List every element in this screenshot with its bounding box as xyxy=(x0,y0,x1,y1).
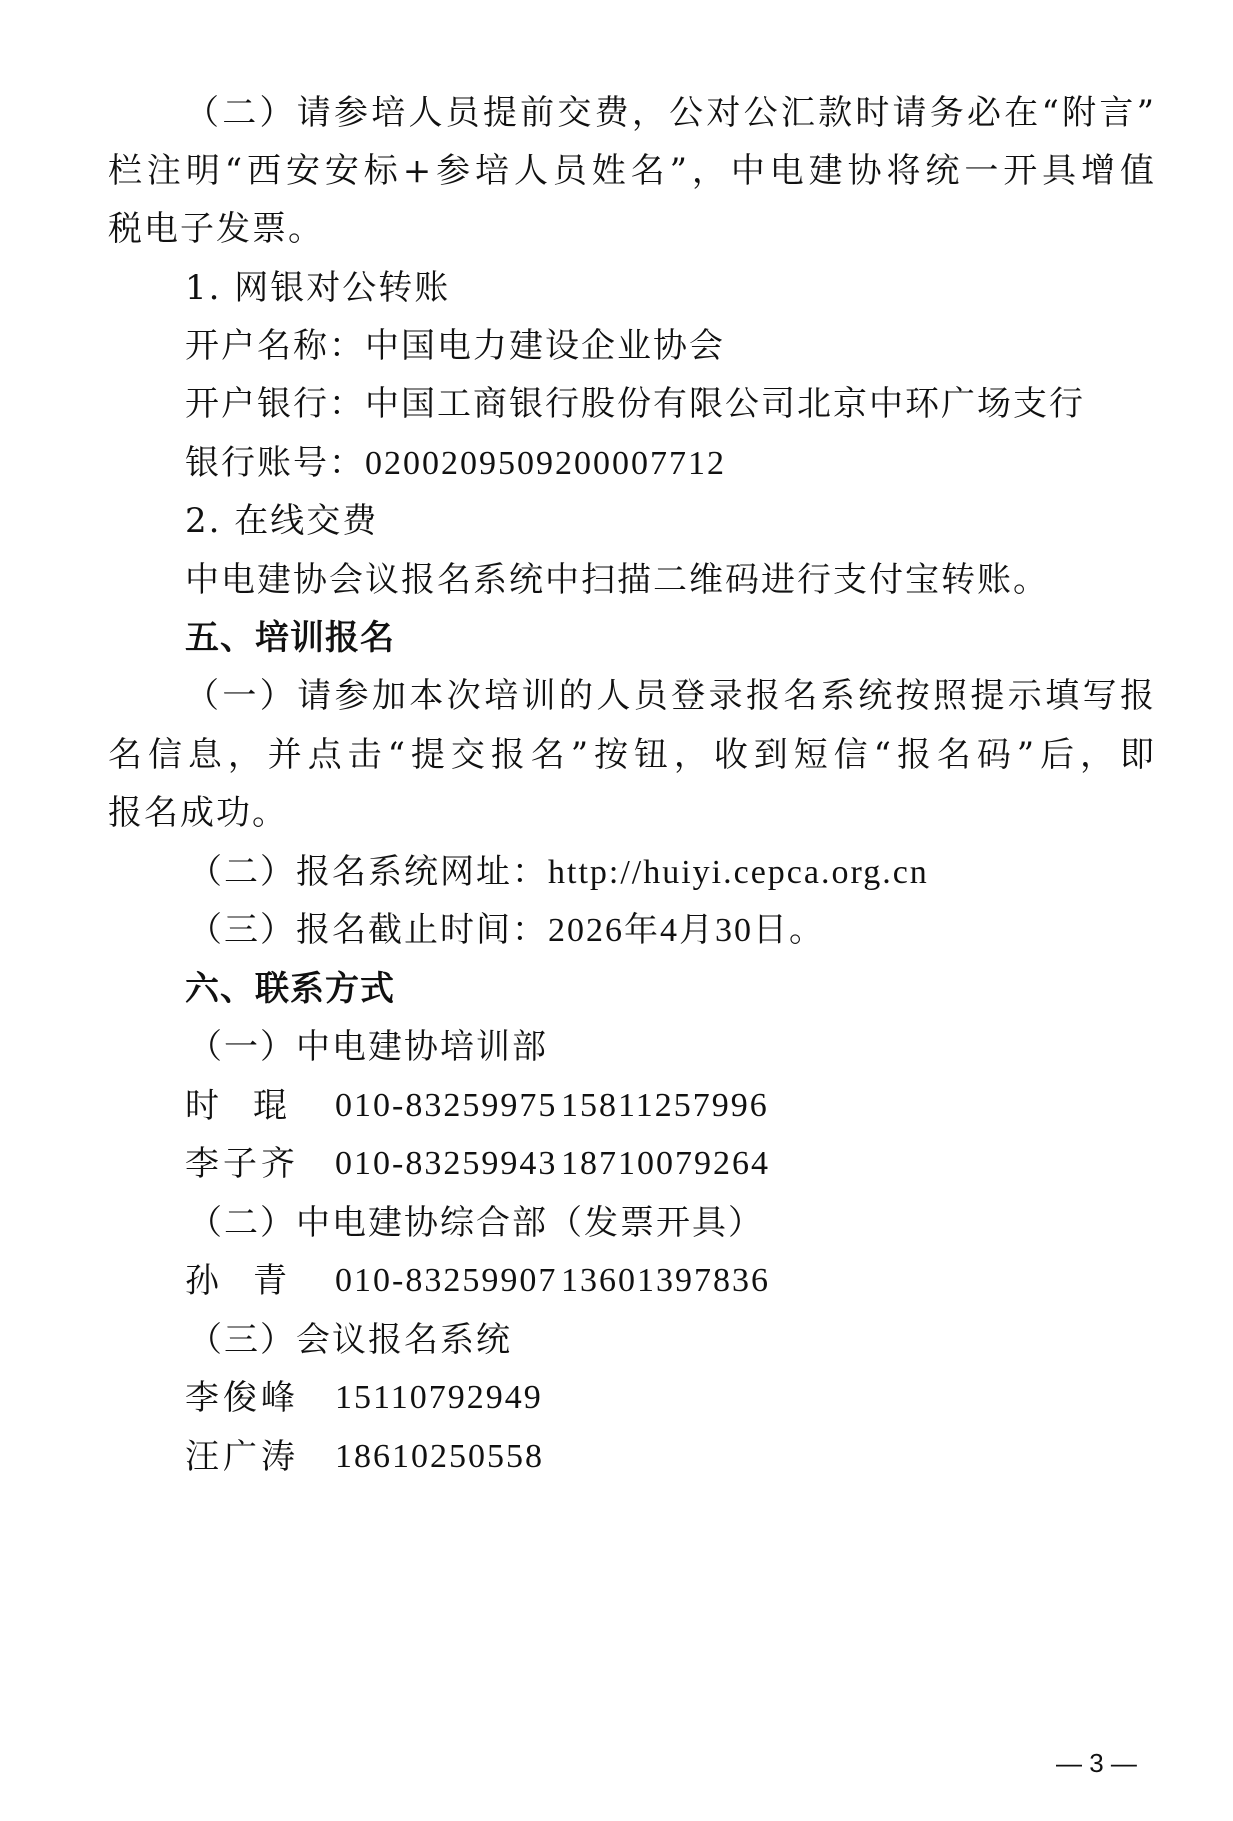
payment-note-line-3: 税电子发票。 xyxy=(108,209,324,249)
account-number-label: 银行账号： xyxy=(185,443,365,483)
registration-deadline-label: （三）报名截止时间： xyxy=(188,910,548,950)
account-name-value: 中国电力建设企业协会 xyxy=(365,326,725,366)
contact-row: 孙青 010-83259907 13601397836 xyxy=(185,1261,770,1301)
registration-url-label: （二）报名系统网址： xyxy=(188,852,548,892)
payment-note-line-1: （二）请参培人员提前交费，公对公汇款时请务必在“附言” xyxy=(185,93,1154,133)
contact-office-phone: 010-83259975 xyxy=(335,1086,561,1126)
registration-deadline-row: （三）报名截止时间：2026年4月30日。 xyxy=(188,910,825,951)
contact-row: 李子齐 010-83259943 18710079264 xyxy=(185,1144,770,1184)
registration-item-1-line-2: 名信息，并点击“提交报名”按钮，收到短信“报名码”后，即 xyxy=(108,735,1154,775)
account-name-label: 开户名称： xyxy=(185,326,365,366)
contact-office-phone: 010-83259907 xyxy=(335,1261,561,1301)
contact-office-phone: 010-83259943 xyxy=(335,1144,561,1184)
contact-row: 汪广涛 18610250558 xyxy=(185,1437,544,1477)
contact-mobile-phone: 13601397836 xyxy=(561,1261,770,1301)
account-number-row: 银行账号：0200209509200007712 xyxy=(185,443,726,484)
payment-note-line-2: 栏注明“西安安标+参培人员姓名”，中电建协将统一开具增值 xyxy=(108,151,1154,191)
contact-mobile-phone: 15110792949 xyxy=(335,1378,543,1418)
contact-name: 时琨 xyxy=(185,1086,335,1126)
bank-row: 开户银行：中国工商银行股份有限公司北京中环广场支行 xyxy=(185,384,1085,424)
registration-url-row: （二）报名系统网址：http://huiyi.cepca.org.cn xyxy=(188,852,929,893)
contact-name: 李子齐 xyxy=(185,1144,335,1184)
registration-item-1-line-1: （一）请参加本次培训的人员登录报名系统按照提示填写报 xyxy=(185,676,1154,716)
section-5-title: 五、培训报名 xyxy=(185,618,395,658)
account-number-value: 0200209509200007712 xyxy=(365,445,726,482)
registration-deadline-value: 2026年4月30日。 xyxy=(548,912,825,949)
contact-row: 李俊峰 15110792949 xyxy=(185,1378,543,1418)
contact-mobile-phone: 15811257996 xyxy=(561,1086,769,1126)
contact-row: 时琨 010-83259975 15811257996 xyxy=(185,1086,769,1126)
contact-group-general-title: （二）中电建协综合部（发票开具） xyxy=(188,1203,764,1243)
account-name-row: 开户名称：中国电力建设企业协会 xyxy=(185,326,725,366)
contact-name: 李俊峰 xyxy=(185,1378,335,1418)
registration-item-1-line-3: 报名成功。 xyxy=(108,793,288,833)
contact-mobile-phone: 18710079264 xyxy=(561,1144,770,1184)
online-payment-text: 中电建协会议报名系统中扫描二维码进行支付宝转账。 xyxy=(185,560,1049,600)
section-6-title: 六、联系方式 xyxy=(185,969,395,1009)
bank-transfer-heading: 1. 网银对公转账 xyxy=(185,268,450,308)
online-payment-heading: 2. 在线交费 xyxy=(185,501,378,541)
contact-group-registration-title: （三）会议报名系统 xyxy=(188,1320,512,1360)
contact-group-training-title: （一）中电建协培训部 xyxy=(188,1027,548,1067)
contact-mobile-phone: 18610250558 xyxy=(335,1437,544,1477)
registration-url-link[interactable]: http://huiyi.cepca.org.cn xyxy=(548,854,929,891)
document-page: （二）请参培人员提前交费，公对公汇款时请务必在“附言” 栏注明“西安安标+参培人… xyxy=(0,0,1233,1821)
contact-name: 汪广涛 xyxy=(185,1437,335,1477)
page-number: — 3 — xyxy=(1056,1748,1137,1778)
bank-label: 开户银行： xyxy=(185,384,365,424)
bank-value: 中国工商银行股份有限公司北京中环广场支行 xyxy=(365,384,1085,424)
contact-name: 孙青 xyxy=(185,1261,335,1301)
